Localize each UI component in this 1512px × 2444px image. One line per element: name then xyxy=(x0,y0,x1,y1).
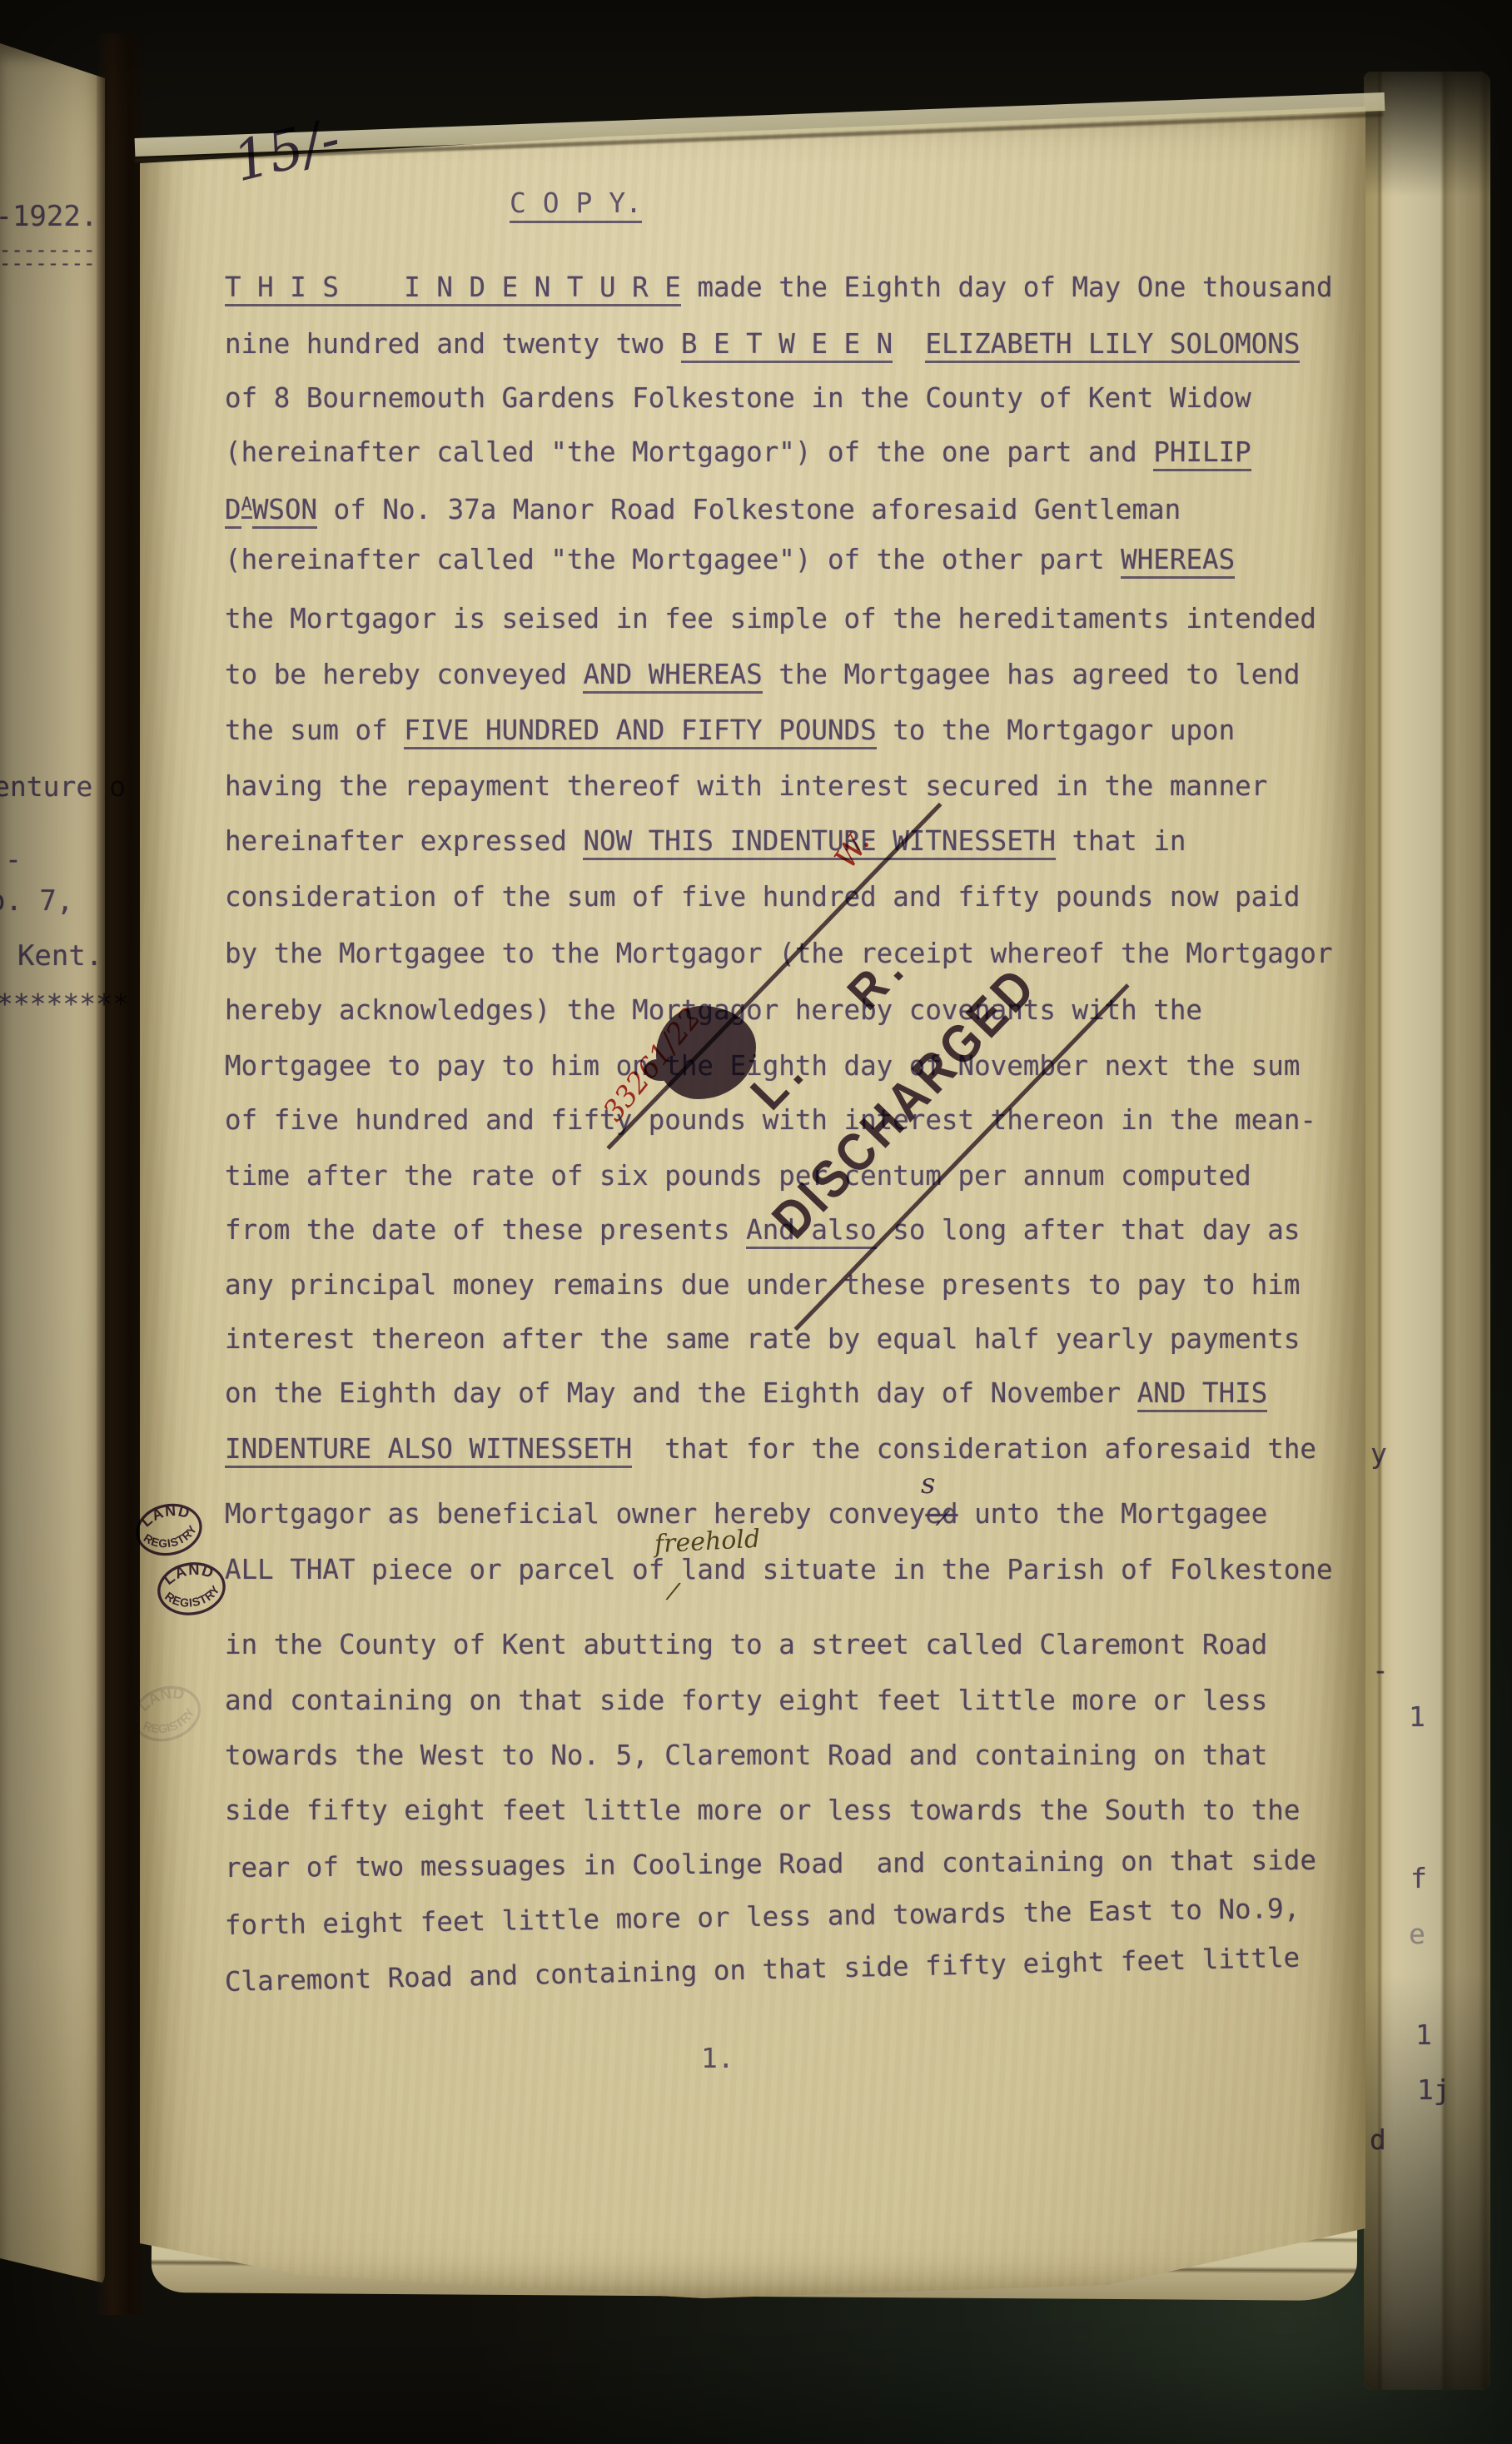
left-fragment-7: , Kent. xyxy=(0,939,102,973)
left-fragment-3: ---------- xyxy=(0,251,96,275)
right-fragment-2: - xyxy=(1372,1654,1389,1686)
typed-line-4: (hereinafter called "the Mortgagor") of … xyxy=(225,436,1251,469)
right-fragment-1: y xyxy=(1370,1437,1387,1470)
typed-line-10: having the repayment thereof with intere… xyxy=(225,769,1267,803)
svg-text:LAND: LAND xyxy=(158,1556,219,1590)
right-fragment-8: d xyxy=(1370,2123,1386,2156)
typed-line-6: (hereinafter called "the Mortgagee") of … xyxy=(225,543,1235,576)
left-fragment-5: - xyxy=(5,843,22,875)
copy-heading: C O P Y. xyxy=(510,187,642,223)
typed-line-24: ALL THAT piece or parcel of land situate… xyxy=(225,1553,1333,1586)
typed-line-3: of 8 Bournemouth Gardens Folkestone in t… xyxy=(225,381,1251,415)
typed-line-12: consideration of the sum of five hundred… xyxy=(225,880,1300,913)
freehold-annotation: freehold xyxy=(654,1525,761,1560)
typed-line-5: DAWSON of No. 37a Manor Road Folkestone … xyxy=(225,489,1181,526)
typed-line-2: nine hundred and twenty two B E T W E E … xyxy=(225,327,1300,361)
right-fragment-7: 1j xyxy=(1417,2073,1450,2106)
previous-page-edge xyxy=(0,43,105,2292)
typed-line-9: the sum of FIVE HUNDRED AND FIFTY POUNDS… xyxy=(225,714,1235,747)
typed-line-26: and containing on that side forty eight … xyxy=(225,1684,1267,1717)
right-fragment-3: 1 xyxy=(1409,1700,1425,1733)
typed-line-20: interest thereon after the same rate by … xyxy=(225,1322,1300,1356)
right-fragment-6: 1 xyxy=(1415,2018,1432,2051)
typed-line-28: side fifty eight feet little more or les… xyxy=(225,1794,1300,1827)
right-fragment-4: f xyxy=(1410,1862,1427,1894)
typed-line-21: on the Eighth day of May and the Eighth … xyxy=(225,1376,1267,1410)
book-gutter-shadow xyxy=(97,33,145,2315)
left-fragment-8: ********* xyxy=(0,988,129,1020)
typed-line-8: to be hereby conveyed AND WHEREAS the Mo… xyxy=(225,658,1300,691)
page-number: 1. xyxy=(701,2042,734,2074)
typed-line-11: hereinafter expressed NOW THIS INDENTURE… xyxy=(225,824,1186,858)
typed-line-13: by the Mortgagee to the Mortgagor (the r… xyxy=(225,937,1333,970)
left-fragment-4: enture o xyxy=(0,770,126,803)
scanned-document-photo: { "colors": { "paper": "#d5c9a0", "typed… xyxy=(0,0,1512,2444)
typed-line-27: towards the West to No. 5, Claremont Roa… xyxy=(225,1739,1267,1772)
conveys-correction: s xyxy=(921,1467,935,1501)
left-fragment-1: --1922. xyxy=(0,200,97,233)
typed-line-25: in the County of Kent abutting to a stre… xyxy=(225,1628,1267,1661)
stamp-word-land: LAND xyxy=(132,1679,190,1717)
typed-line-1: T H I S I N D E N T U R E made the Eight… xyxy=(225,271,1333,304)
svg-text:LAND: LAND xyxy=(132,1679,190,1717)
right-fragment-5: e xyxy=(1409,1918,1425,1950)
typed-line-22: INDENTURE ALSO WITNESSETH that for the c… xyxy=(225,1432,1316,1466)
left-fragment-6: o. 7, xyxy=(0,884,73,918)
typed-line-7: the Mortgagor is seised in fee simple of… xyxy=(225,602,1316,635)
stamp-word-land: LAND xyxy=(158,1556,219,1590)
